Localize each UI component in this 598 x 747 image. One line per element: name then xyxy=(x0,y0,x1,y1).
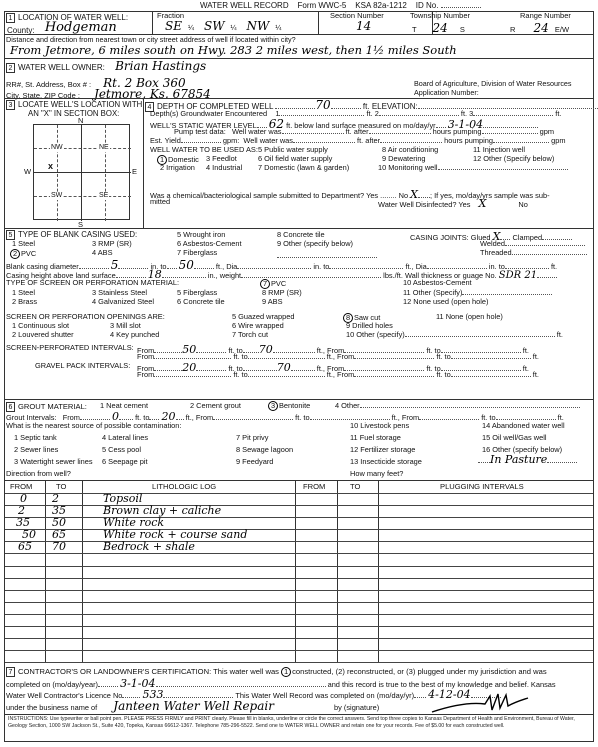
groundwater-2-field[interactable] xyxy=(379,115,459,116)
contam-option-2[interactable]: 2 Sewer lines xyxy=(14,446,58,455)
contam-option-9[interactable]: 9 Feedyard xyxy=(236,458,273,467)
signature-icon[interactable] xyxy=(430,692,530,714)
cert-option-constructed[interactable]: 1 xyxy=(281,667,291,677)
fraction-3[interactable]: NW xyxy=(247,19,270,33)
id-label: ID No. xyxy=(416,1,439,10)
contam-option-10[interactable]: 10 Livestock pens xyxy=(350,422,409,431)
plug-header-to: TO xyxy=(350,483,360,492)
grout-option-1[interactable]: 1 Neat cement xyxy=(100,402,148,411)
plug-header-intervals: PLUGGING INTERVALS xyxy=(440,483,524,492)
grout-option-4[interactable]: 4 Other xyxy=(335,401,360,410)
grout-label: GROUT MATERIAL: xyxy=(18,402,87,411)
gravel-intervals-label: GRAVEL PACK INTERVALS: xyxy=(35,362,130,371)
log-row-5-from[interactable]: 65 xyxy=(18,541,32,554)
screen-option-4[interactable]: 4 Galvanized Steel xyxy=(92,298,154,307)
owner-label: WATER WELL OWNER: xyxy=(18,63,105,72)
log-header-to: TO xyxy=(56,483,66,492)
casing-option-1[interactable]: 1 Steel xyxy=(12,240,35,249)
section-locator-box[interactable]: NW NE SW SE x xyxy=(33,124,130,220)
opening-option-10[interactable]: 10 Other (specify) xyxy=(346,330,405,339)
contam-option-11[interactable]: 11 Fuel storage xyxy=(350,434,401,443)
quadrant-sw: SW xyxy=(50,192,63,200)
casing-option-2[interactable]: 2PVC xyxy=(10,249,36,259)
log-header-lithologic: LITHOLOGIC LOG xyxy=(152,483,216,492)
yield-after-field[interactable] xyxy=(380,142,442,143)
contam-option-13[interactable]: 13 Insecticide storage xyxy=(350,458,422,467)
weight-field[interactable] xyxy=(241,277,381,278)
township-field[interactable]: 24 xyxy=(433,21,448,35)
fraction-2[interactable]: SW xyxy=(204,19,225,33)
contam-option-8[interactable]: 8 Sewage lagoon xyxy=(236,446,293,455)
pump-after-field[interactable] xyxy=(369,133,431,134)
contam-option-7[interactable]: 7 Pit privy xyxy=(236,434,268,443)
pump-level-field[interactable] xyxy=(282,133,344,134)
use-option-2[interactable]: 2 Irrigation xyxy=(160,164,195,173)
screen-option-9[interactable]: 9 ABS xyxy=(262,298,283,307)
opening-option-7[interactable]: 7 Torch cut xyxy=(232,331,268,340)
screen-option-10[interactable]: 10 Asbestos-Cement xyxy=(403,279,472,288)
gravel-interval-row: From ft. to ft., From ft. to ft. xyxy=(137,371,539,380)
disinfected-label: Water Well Disinfected? Yes xyxy=(378,200,470,209)
log-header-from: FROM xyxy=(10,483,32,492)
grout-other-field[interactable] xyxy=(360,407,580,408)
gravel-to-2[interactable] xyxy=(248,376,325,377)
form-title: WATER WELL RECORD xyxy=(200,1,289,10)
wall-thickness-field[interactable]: SDR 21 xyxy=(499,270,537,281)
county-label: County: xyxy=(7,26,35,35)
contam-option-1[interactable]: 1 Septic tank xyxy=(14,434,57,443)
section-number-field[interactable]: 14 xyxy=(356,20,371,34)
township-label: Township Number xyxy=(410,12,470,21)
use-option-4[interactable]: 4 Industrial xyxy=(206,164,242,173)
quadrant-nw: NW xyxy=(50,144,64,152)
screen-option-12[interactable]: 12 None used (open hole) xyxy=(403,298,488,307)
contam-other-field[interactable]: In Pasture xyxy=(490,453,547,466)
screen-option-6[interactable]: 6 Concrete tile xyxy=(177,298,225,307)
groundwater-1-field[interactable] xyxy=(279,115,364,116)
contamination-label: What is the nearest source of possible c… xyxy=(6,422,181,431)
form-number: Form WWC-5 xyxy=(298,1,347,10)
disinfected-yes-mark[interactable]: X xyxy=(479,197,487,210)
casing-option-7[interactable]: 7 Fiberglass xyxy=(177,249,217,258)
license-label: Water Well Contractor's Licence No xyxy=(6,691,122,700)
plug-header-from: FROM xyxy=(303,483,325,492)
grout-option-3[interactable]: 3Bentonite xyxy=(268,401,310,411)
yield-gpm-field[interactable] xyxy=(493,142,549,143)
contam-option-12[interactable]: 12 Fertilizer storage xyxy=(350,446,415,455)
screen-intervals-label: SCREEN-PERFORATED INTERVALS: xyxy=(6,344,134,353)
use-option-10[interactable]: 10 Monitoring well xyxy=(378,163,438,172)
yield-field[interactable] xyxy=(181,142,221,143)
contam-option-15[interactable]: 15 Oil well/Gas well xyxy=(482,434,546,443)
opening-option-11[interactable]: 11 None (open hole) xyxy=(436,313,503,322)
casing-option-9[interactable]: 9 Other (specify below) xyxy=(277,240,353,249)
joint-threaded-field[interactable] xyxy=(512,254,587,255)
log-row-5-to[interactable]: 70 xyxy=(52,541,66,554)
use-label: WELL WATER TO BE USED AS: xyxy=(150,146,258,155)
contam-option-3[interactable]: 3 Watertight sewer lines xyxy=(14,458,93,467)
screen-option-11[interactable]: 11 Other (Specify) xyxy=(403,288,462,297)
gravel-from-2[interactable] xyxy=(154,376,231,377)
instructions-text: INSTRUCTIONS: Use typewriter or ball poi… xyxy=(8,716,590,730)
sample-question: Was a chemical/bacteriological sample su… xyxy=(150,191,408,200)
statute: KSA 82a-1212 xyxy=(355,1,407,10)
screen-interval-row: From ft. to ft., From ft. to ft. xyxy=(137,353,539,362)
screen-type-label: TYPE OF SCREEN OR PERFORATION MATERIAL: xyxy=(6,279,179,288)
pump-gpm-field[interactable] xyxy=(482,133,538,134)
direction-label: Direction from well? xyxy=(6,470,71,479)
casing-option-4[interactable]: 4 ABS xyxy=(92,249,113,258)
screen-from-2[interactable] xyxy=(154,358,231,359)
quadrant-ne: NE xyxy=(98,144,110,152)
quadrant-se: SE xyxy=(98,192,109,200)
range-label: Range Number xyxy=(520,12,571,21)
range-direction: E/W xyxy=(555,25,569,34)
business-label: under the business name of xyxy=(6,703,97,712)
grout-option-2[interactable]: 2 Cement grout xyxy=(190,402,241,411)
casing-other-field[interactable] xyxy=(277,257,377,258)
compass-w: W xyxy=(24,168,31,177)
fraction-fields: SE ¼ SW ¼ NW ¼ xyxy=(165,20,281,34)
opening-option-4[interactable]: 4 Key punched xyxy=(110,331,159,340)
compass-n: N xyxy=(78,117,83,126)
business-name-field[interactable]: Janteen Water Well Repair xyxy=(113,699,274,713)
log-row-5-desc[interactable]: Bedrock + shale xyxy=(103,541,195,554)
opening-option-2[interactable]: 2 Louvered shutter xyxy=(12,331,74,340)
range-field[interactable]: 24 xyxy=(534,21,549,35)
completed-label: completed on (mo/day/year) xyxy=(6,680,98,689)
id-field[interactable] xyxy=(441,7,481,8)
use-option-12[interactable]: 12 Other (Specify below) xyxy=(473,155,554,164)
compass-e: E xyxy=(132,168,137,177)
county-field[interactable]: Hodgeman xyxy=(45,20,117,35)
casing-type-label: TYPE OF BLANK CASING USED: xyxy=(18,230,137,239)
well-location-mark: x xyxy=(48,161,53,171)
feet-label: How many feet? xyxy=(350,470,403,479)
distance-field[interactable]: From Jetmore, 6 miles south on Hwy. 283 … xyxy=(10,44,457,57)
contam-option-5[interactable]: 5 Cess pool xyxy=(102,446,141,455)
screen-option-2[interactable]: 2 Brass xyxy=(12,298,37,307)
joint-welded-field[interactable] xyxy=(505,245,585,246)
certification-label: CONTRACTOR'S OR LANDOWNER'S CERTIFICATIO… xyxy=(18,667,279,676)
elevation-field[interactable] xyxy=(418,108,598,109)
yield-level-field[interactable] xyxy=(293,142,355,143)
use-option-7[interactable]: 7 Domestic (lawn & garden) xyxy=(258,164,349,173)
owner-field[interactable]: Brian Hastings xyxy=(115,59,206,73)
fraction-1[interactable]: SE xyxy=(165,19,182,33)
application-label: Application Number: xyxy=(414,89,479,97)
form-header: WATER WELL RECORD Form WWC-5 KSA 82a-121… xyxy=(200,1,481,10)
contam-option-6[interactable]: 6 Seepage pit xyxy=(102,458,148,467)
signature-label: by (signature) xyxy=(334,703,379,712)
groundwater-3-field[interactable] xyxy=(473,115,553,116)
contam-option-4[interactable]: 4 Lateral lines xyxy=(102,434,148,443)
contam-option-14[interactable]: 14 Abandoned water well xyxy=(482,422,565,431)
casing-joints-label: CASING JOINTS: xyxy=(410,233,469,242)
screen-to-2[interactable] xyxy=(248,358,325,359)
